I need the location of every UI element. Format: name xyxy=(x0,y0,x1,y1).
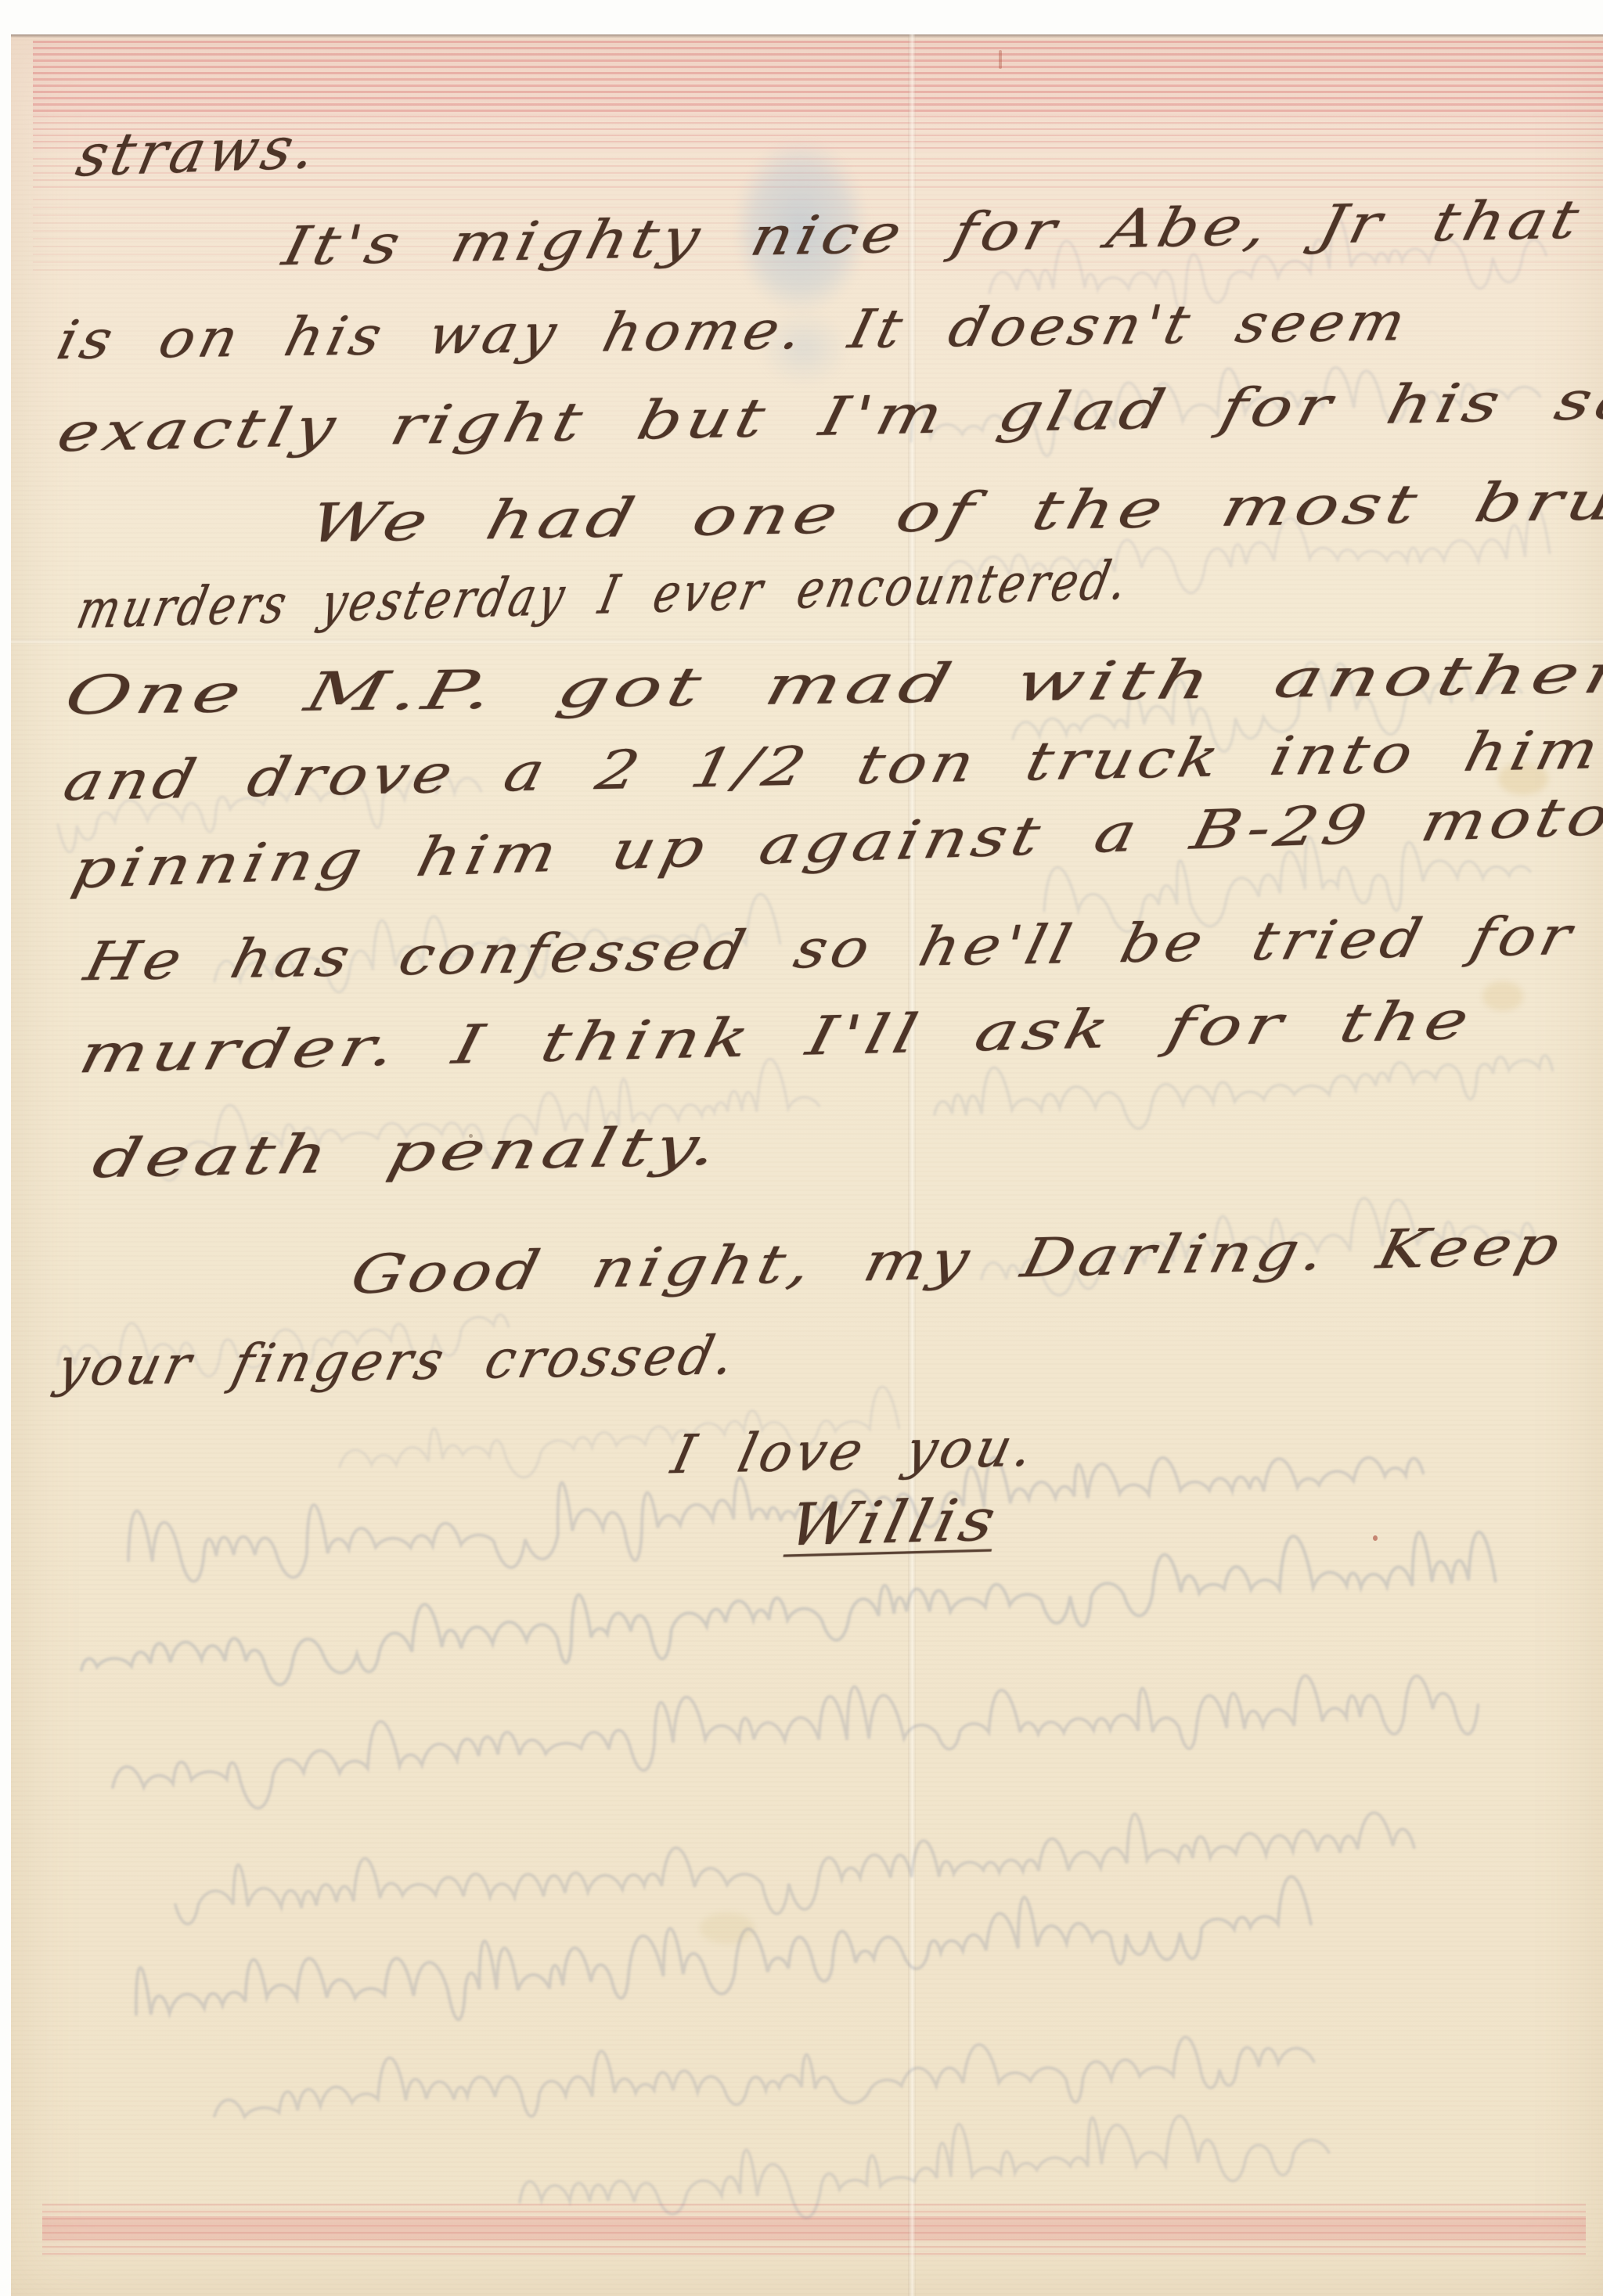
letter-line: It's mighty nice for Abe, Jr that he xyxy=(277,186,1603,279)
handwriting-layer: straws.It's mighty nice for Abe, Jr that… xyxy=(11,34,1603,2296)
letter-line: We had one of the most brutal xyxy=(304,468,1603,555)
letter-paper: straws.It's mighty nice for Abe, Jr that… xyxy=(11,34,1603,2296)
letter-line: straws. xyxy=(71,113,326,189)
letter-line: I love you. xyxy=(666,1416,1043,1486)
letter-line: Good night, my Darling. Keep xyxy=(345,1215,1569,1306)
letter-line: murder. I think I'll ask for the xyxy=(74,990,1479,1086)
letter-line: your fingers crossed. xyxy=(52,1325,744,1398)
letter-line: death penalty. xyxy=(87,1115,729,1190)
letter-line: murders yesterday I ever encountered. xyxy=(72,549,1137,641)
letter-line: One M.P. got mad with another M.P. xyxy=(59,640,1603,728)
letter-line: is on his way home. It doesn't seem xyxy=(51,291,1415,372)
scanner-background: straws.It's mighty nice for Abe, Jr that… xyxy=(0,0,1603,2296)
letter-line: exactly right but I'm glad for his sake. xyxy=(52,366,1603,464)
letter-line: He has confessed so he'll be tried for xyxy=(79,905,1582,994)
signature-text: Willis xyxy=(783,1486,1006,1559)
